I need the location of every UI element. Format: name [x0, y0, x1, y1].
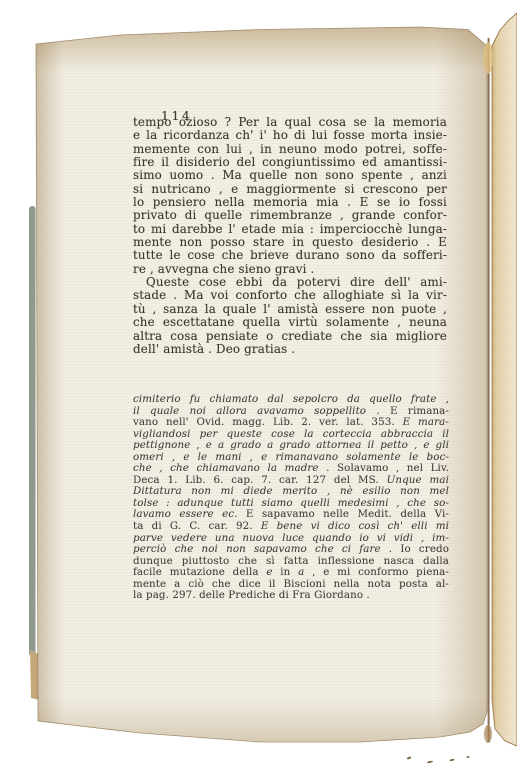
footnote-quote-segment: Dittatura non mi diede merito , nè esili… — [133, 485, 449, 497]
footnote-quote-segment: E bene vi dico così ch' elli mi — [261, 520, 449, 532]
facing-page-texture — [492, 13, 517, 746]
footnote-roman-segment: E sapavamo nelle Medit. della Vi- — [246, 508, 449, 520]
footnote-text: cimiterio fu chiamato dal sepolcro da qu… — [133, 394, 449, 602]
body-line: lo pensiero nella memoria mia . E se io … — [133, 196, 447, 209]
footnote-roman-segment: Io credo — [400, 543, 449, 555]
footnote-roman-segment: mente a ciò che dice il Biscioni nella n… — [133, 578, 449, 590]
footnote-roman-segment: vano nell' Ovid. magg. Lib. 2. ver. lat.… — [133, 416, 403, 428]
body-line: Queste cose ebbi da potervi dire dell' a… — [133, 276, 447, 289]
footnote-roman-segment: facile mutazione della — [133, 566, 266, 578]
footnote-quote-segment: E mara- — [403, 416, 449, 428]
footnote-quote-segment: che , che chiamavano la madre . — [133, 462, 337, 474]
body-line: dell' amistà . Deo gratias . — [133, 343, 447, 356]
footnote-roman-segment: E rimana- — [390, 405, 449, 417]
footnote-quote-segment: perciò che noi non sapavamo che ci fare … — [133, 543, 400, 555]
open-book-photo: 114 tempo ozioso ? Per la qual cosa se l… — [0, 0, 517, 768]
body-line: che escettatane quella virtù solamente ,… — [133, 316, 447, 329]
gutter-bottom-shadow — [484, 725, 492, 743]
footnote-quote-segment: cimiterio fu chiamato dal sepolcro da qu… — [133, 393, 449, 405]
body-line: re , avvegna che sieno gravi . — [133, 263, 447, 276]
footnote-quote-segment: pettignone , e a grado a grado attornea … — [133, 439, 449, 451]
footnote-line: la pag. 297. delle Prediche di Fra Giord… — [133, 590, 449, 602]
footnote-roman-segment: in — [273, 566, 299, 578]
footnote-roman-segment: , e mi conformo piena- — [304, 566, 449, 578]
body-line: privato di quelle rimembranze , grande c… — [133, 209, 447, 222]
body-line: to mi darebbe l' etade mia : imperciocch… — [133, 223, 447, 236]
body-text: tempo ozioso ? Per la qual cosa se la me… — [133, 116, 447, 356]
body-line: stade . Ma voi conforto che alloghiate s… — [133, 289, 447, 302]
body-line: e la ricordanza ch' i' ho di lui fosse m… — [133, 129, 447, 142]
footnote-roman-segment: ta di G. C. car. 92. — [133, 520, 261, 532]
body-line: si nutricano , e maggiormente si crescon… — [133, 183, 447, 196]
footnote-quote-segment: tolse : adunque tutti siamo quelli medes… — [133, 497, 449, 509]
footnote-quote-segment: parve vedere una nuova luce quando io vi… — [133, 532, 449, 544]
footnote-quote-segment: il quale noi allora avavamo soppellito . — [133, 405, 390, 417]
body-line: memente con lui , in neuno modo potrei, … — [133, 143, 447, 156]
footnote-quote-segment: lavamo essere ec. — [133, 508, 246, 520]
underlay-cover-edge — [29, 206, 36, 656]
body-line: altra cosa pensiate o crediate che sia m… — [133, 330, 447, 343]
footnote-roman-segment: dunque piuttosto che sì fatta inflession… — [133, 555, 449, 567]
ink-specks — [407, 756, 470, 764]
gutter-top-highlight — [483, 42, 493, 74]
footnote-roman-segment: Solavamo , nel Liv. — [337, 462, 449, 474]
body-line: tutte le cose che brieve durano sono da … — [133, 249, 447, 262]
body-line: tù , sanza la quale l' amistà essere non… — [133, 303, 447, 316]
body-line: simo uomo . Ma quelle non sono spente , … — [133, 169, 447, 182]
body-line: fire il disiderio del congiuntissimo ed … — [133, 156, 447, 169]
footnote-quote-segment: vigliandosi per queste cose la corteccia… — [133, 428, 449, 440]
body-line: tempo ozioso ? Per la qual cosa se la me… — [133, 116, 447, 129]
body-line: mente non posso stare in questo desideri… — [133, 236, 447, 249]
footnote-roman-segment: la pag. 297. delle Prediche di Fra Giord… — [133, 589, 370, 601]
footnote-quote-segment: omeri , e le mani , e rimanavano solamen… — [133, 451, 449, 463]
